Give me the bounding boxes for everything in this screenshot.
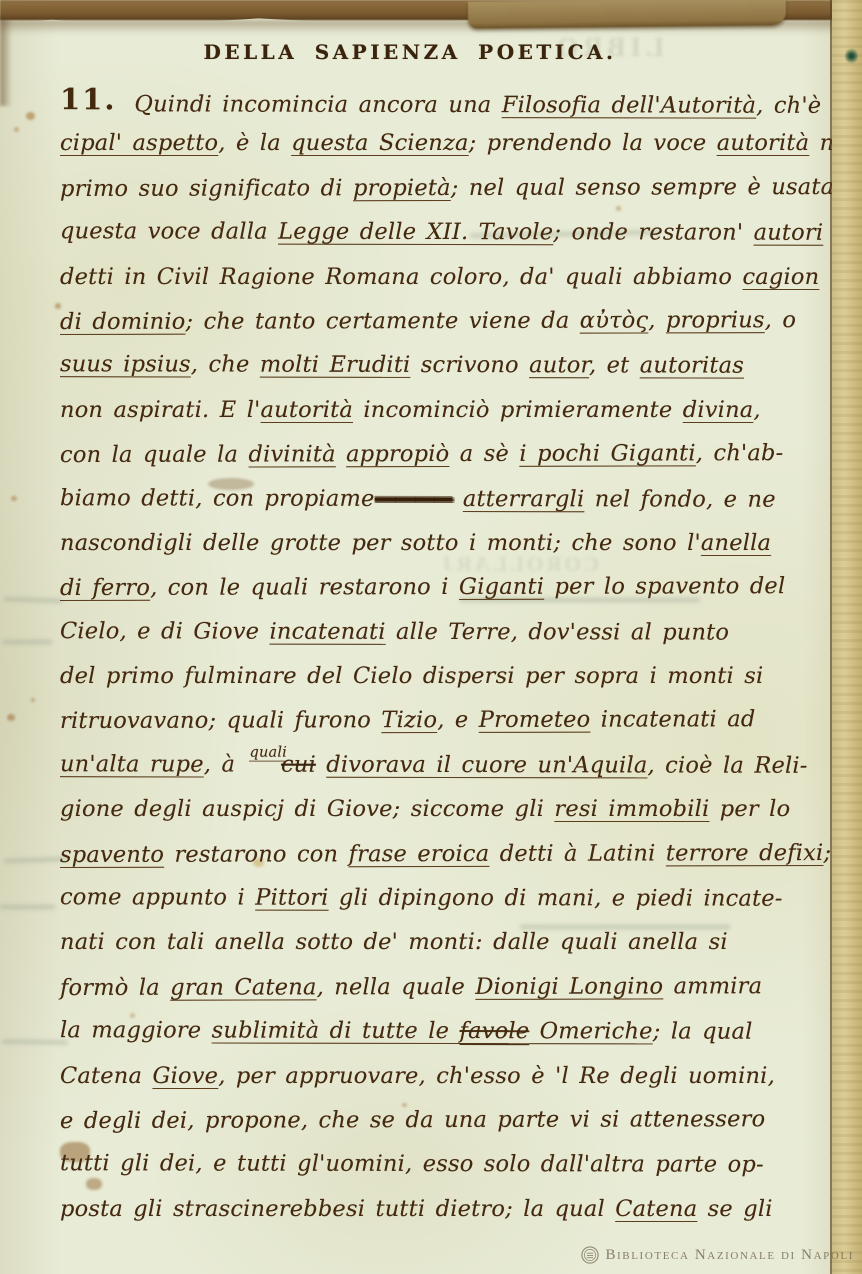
text-segment: di dominio [60, 309, 186, 335]
manuscript-line: ritruovavano; quali furono Tizio, e Prom… [60, 698, 836, 744]
manuscript-line: cipal' aspetto, è la questa Scienza; pre… [60, 122, 836, 166]
manuscript-line: 11.Quindi incomincia ancora una Filosofi… [60, 77, 836, 123]
text-segment: , che [191, 352, 260, 378]
text-segment: Catena [615, 1196, 697, 1222]
text-segment: , è la [218, 130, 291, 156]
text-segment: nel fondo, e ne [584, 486, 775, 512]
green-stain [845, 48, 858, 64]
text-segment: Giove [152, 1063, 218, 1089]
text-segment: , con le quali restarono i [150, 574, 459, 601]
text-segment: , à [204, 751, 246, 777]
text-segment: , per appruovare, ch'esso è 'l Re degli … [218, 1063, 775, 1089]
text-segment: con la quale la [60, 442, 249, 468]
text-segment: autor [529, 353, 589, 379]
text-segment: spavento [60, 841, 164, 867]
text-segment: Giganti [459, 574, 544, 600]
crossed-out-blot: ———— [374, 485, 452, 511]
foxing-spot [26, 112, 35, 120]
manuscript-line: nascondigli delle grotte per sotto i mon… [60, 522, 836, 566]
text-segment: primo suo significato di [60, 175, 353, 202]
text-segment: i pochi Giganti [519, 440, 696, 466]
text-segment: anella [701, 530, 771, 556]
watermark-label: Biblioteca Nazionale di Napoli [605, 1247, 854, 1264]
text-segment: Filosofia dell'Autorità [502, 92, 756, 119]
text-segment: Omeriche [529, 1018, 652, 1044]
manuscript-line: del primo fulminare del Cielo dispersi p… [60, 655, 836, 699]
text-segment: ; onde restaron' [553, 219, 753, 245]
text-segment: detti à Latini [489, 840, 666, 866]
text-segment: nascondigli delle grotte per sotto i mon… [60, 530, 701, 556]
text-segment: biamo detti, con propiame [60, 485, 375, 512]
manuscript-scan: LIBRO COROLLARJ DELLA SAPIENZA POETICA. … [0, 0, 862, 1274]
text-segment: formò la [60, 975, 170, 1001]
manuscript-line: con la quale la divinità appropiò a sè i… [60, 432, 836, 478]
text-segment: e degli dei, propone, che se da una part… [60, 1106, 765, 1134]
text-segment: frase eroica [349, 841, 490, 867]
manuscript-line: come appunto i Pittori gli dipingono di … [60, 876, 836, 922]
text-segment: se gli [697, 1196, 772, 1222]
show-through-line [4, 857, 66, 863]
text-segment: , cioè la Reli- [647, 752, 807, 778]
text-segment [452, 486, 462, 512]
text-segment: Tizio [381, 707, 437, 733]
text-segment: , et [589, 353, 640, 379]
text-segment: appropiò [346, 441, 449, 467]
manuscript-line: un'alta rupe, à qualicui divorava il cuo… [60, 743, 836, 789]
text-segment: Legge delle XII. Tavole [278, 219, 553, 246]
show-through-line [4, 597, 62, 603]
text-segment: restarono con [164, 841, 349, 867]
text-segment: a sè [449, 441, 519, 467]
bnn-emblem-icon [581, 1246, 599, 1264]
text-segment: Dionigi Longino [475, 973, 663, 999]
text-segment [316, 752, 326, 778]
text-segment: divinità [248, 441, 335, 467]
text-segment: gran Catena [170, 974, 316, 1000]
text-segment: suus ipsius [60, 352, 191, 378]
show-through-line [0, 905, 55, 909]
text-segment: autoritas [640, 353, 744, 379]
manuscript-line: tutti gli dei, e tutti gl'uomini, esso s… [60, 1143, 836, 1189]
text-segment: per lo spavento del [544, 573, 785, 600]
text-segment: nati con tali anella sotto de' monti: da… [60, 929, 728, 955]
manuscript-line: questa voce dalla Legge delle XII. Tavol… [60, 210, 836, 256]
manuscript-line: suus ipsius, che molti Eruditi scrivono … [60, 344, 836, 390]
text-segment: posta gli strascinerebbesi tutti dietro;… [60, 1196, 615, 1222]
text-segment: per lo [709, 796, 790, 822]
binding-edge-left [0, 16, 12, 106]
manuscript-line: la maggiore sublimità di tutte le favole… [60, 1009, 836, 1055]
text-segment: autorità [261, 397, 354, 423]
manuscript-line: Cielo, e di Giove incatenati alle Terre,… [60, 610, 836, 656]
text-segment: del primo fulminare del Cielo dispersi p… [60, 663, 763, 689]
manuscript-line: spavento restarono con frase eroica dett… [60, 832, 836, 878]
manuscript-line: di dominio; che tanto certamente viene d… [60, 299, 836, 345]
text-segment: autorità [717, 130, 810, 156]
text-segment: ; che tanto certamente viene da [185, 308, 579, 335]
manuscript-line: formò la gran Catena, nella quale Dionig… [60, 965, 836, 1011]
text-segment: molti Eruditi [260, 352, 411, 378]
text-segment: gione degli auspicj di Giove; siccome gl… [60, 796, 554, 822]
text-segment: ; la qual [653, 1019, 753, 1045]
show-through-line [2, 1039, 68, 1044]
text-segment: la maggiore [60, 1017, 212, 1043]
text-segment: alle Terre, dov'essi al punto [386, 619, 730, 646]
text-segment: , ch'ab- [696, 440, 784, 466]
text-segment: divorava il cuore un'Aquila [326, 752, 647, 779]
page-content: DELLA SAPIENZA POETICA. 11.Quindi incomi… [60, 40, 836, 1232]
text-segment: propietà [353, 175, 451, 201]
text-segment: Prometeo [479, 707, 591, 733]
manuscript-line: biamo detti, con propiame———— atterrargl… [60, 477, 836, 523]
paragraph-number: 11. [60, 82, 117, 116]
text-segment: sublimità di tutte le [212, 1018, 460, 1045]
text-segment: incatenati [269, 618, 385, 644]
text-segment: un'alta rupe [60, 751, 204, 777]
manuscript-line: posta gli strascinerebbesi tutti dietro;… [60, 1188, 836, 1232]
text-segment: questa Scienza [291, 130, 468, 156]
text-segment: αὐτὸς [580, 307, 649, 333]
foxing-spot [14, 127, 19, 132]
text-segment: , nella quale [317, 974, 476, 1000]
manuscript-line: Catena Giove, per appruovare, ch'esso è … [60, 1055, 836, 1099]
manuscript-line: di ferro, con le quali restarono i Gigan… [60, 565, 836, 611]
text-segment: , e [437, 707, 479, 733]
text-segment: ; prendendo la voce [469, 130, 717, 156]
text-segment: divina [683, 397, 754, 423]
text-segment: cagion [743, 264, 820, 290]
text-segment: Pittori [255, 885, 328, 911]
text-segment: come appunto i [60, 884, 255, 910]
text-segment: , [753, 397, 760, 423]
interlinear-insertion: quali [249, 744, 287, 761]
text-segment: Quindi incomincia ancora una [134, 91, 501, 118]
text-segment: ammira [663, 973, 762, 999]
foxing-spot [11, 496, 17, 501]
text-segment: tutti gli dei, e tutti gl'uomini, esso s… [60, 1151, 764, 1178]
manuscript-line: non aspirati. E l'autorità incominciò pr… [60, 389, 836, 433]
manuscript-line: detti in Civil Ragione Romana coloro, da… [60, 256, 836, 300]
text-segment [336, 441, 346, 467]
page-edge-right [830, 0, 862, 1274]
text-segment: incatenati ad [590, 707, 755, 733]
text-segment: atterrargli [463, 486, 585, 512]
previous-page-flap [468, 0, 786, 29]
foxing-spot [31, 698, 35, 702]
text-segment: proprius [666, 307, 765, 333]
text-segment: Catena [60, 1063, 152, 1089]
text-segment: , [648, 307, 666, 333]
library-watermark: Biblioteca Nazionale di Napoli [581, 1246, 854, 1264]
text-segment: scrivono [410, 352, 529, 378]
text-segment: , o [765, 307, 797, 333]
text-segment: cipal' aspetto [60, 130, 218, 156]
text-segment: autori [754, 220, 824, 246]
text-segment: detti in Civil Ragione Romana coloro, da… [60, 264, 743, 290]
show-through-line [2, 640, 52, 644]
text-segment: gli dipingono di mani, e piedi incate- [329, 885, 783, 912]
text-segment: favole [460, 1018, 530, 1044]
text-segment: terrore defixi [666, 840, 824, 866]
text-segment: ritruovavano; quali furono [60, 708, 381, 735]
text-segment: Cielo, e di Giove [60, 618, 270, 644]
page-title: DELLA SAPIENZA POETICA. [22, 40, 798, 64]
text-segment: incominciò primieramente [353, 397, 683, 423]
manuscript-line: nati con tali anella sotto de' monti: da… [60, 921, 836, 965]
text-segment: di ferro [60, 575, 150, 601]
foxing-spot [7, 714, 15, 721]
text-segment: questa voce dalla [60, 218, 278, 244]
text-segment: resi immobili [554, 796, 709, 822]
manuscript-line: e degli dei, propone, che se da una part… [60, 1098, 836, 1144]
manuscript-line: primo suo significato di propietà; nel q… [60, 166, 836, 212]
text-segment: ; nel qual senso sempre è usata [451, 174, 835, 201]
manuscript-line: gione degli auspicj di Giove; siccome gl… [60, 788, 836, 832]
text-segment: non aspirati. E l' [60, 397, 261, 423]
manuscript-body: 11.Quindi incomincia ancora una Filosofi… [60, 78, 836, 1232]
